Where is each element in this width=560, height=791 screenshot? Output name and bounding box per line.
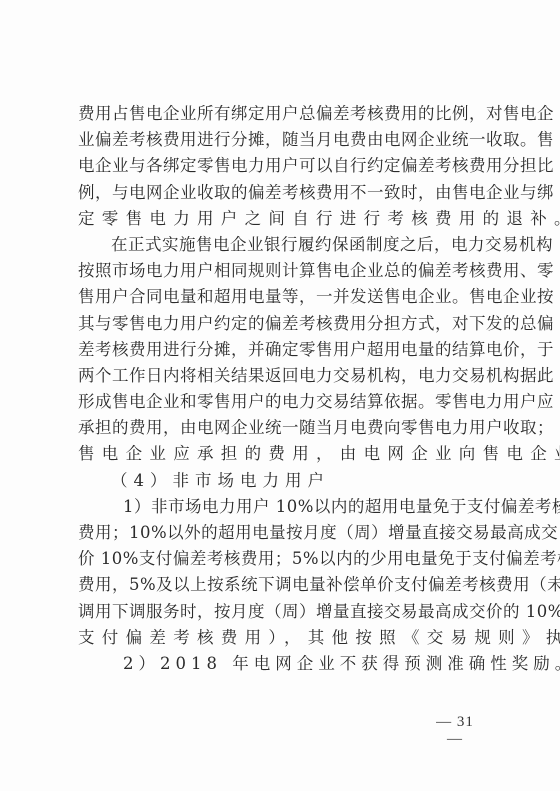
paragraph-continuation: 费用占售电企业所有绑定用户总偏差考核费用的比例，对售电企 业偏差考核费用进行分摊…	[78, 101, 494, 232]
text-line: 承担的费用，由电网企业统一随当月电费向零售电力用户收取；	[78, 415, 494, 441]
text-line: 价 10%支付偏差考核费用；5%以内的少用电量免于支付偏差考核	[78, 546, 494, 572]
text-line: 支付偏差考核费用），其他按照《交易规则》执行。	[78, 625, 494, 651]
text-line: 业偏差考核费用进行分摊，随当月电费由电网企业统一收取。售	[78, 127, 494, 153]
text-line: 调用下调服务时，按月度（周）增量直接交易最高成交价的 10%	[78, 599, 494, 625]
text-line: 差考核费用进行分摊，并确定零售用户超用电量的结算电价，于	[78, 337, 494, 363]
paragraph-bank-guarantee: 在正式实施售电企业银行履约保函制度之后，电力交易机构 按照市场电力用户相同规则计…	[78, 232, 494, 468]
page-number: — 31 —	[428, 714, 482, 748]
text-line: 例，与电网企业收取的偏差考核费用不一致时，由售电企业与绑	[78, 180, 494, 206]
text-line: 两个工作日内将相关结果返回电力交易机构，电力交易机构据此	[78, 363, 494, 389]
text-line: 售用户合同电量和超用电量等，一并发送售电企业。售电企业按	[78, 284, 494, 310]
text-line: 在正式实施售电企业银行履约保函制度之后，电力交易机构	[78, 232, 494, 258]
text-line: 其与零售电力用户约定的偏差考核费用分担方式，对下发的总偏	[78, 311, 494, 337]
document-body: 费用占售电企业所有绑定用户总偏差考核费用的比例，对售电企 业偏差考核费用进行分摊…	[78, 101, 494, 677]
text-line: 电企业与各绑定零售电力用户可以自行约定偏差考核费用分担比	[78, 153, 494, 179]
section-heading: （4）非市场电力用户	[78, 468, 494, 494]
text-line: 2）2018 年电网企业不获得预测准确性奖励。	[78, 651, 494, 677]
text-line: 形成售电企业和零售用户的电力交易结算依据。零售电力用户应	[78, 389, 494, 415]
text-line: 1）非市场电力用户 10%以内的超用电量免于支付偏差考核	[78, 494, 494, 520]
text-line: 定零售电力用户之间自行进行考核费用的退补。	[78, 206, 494, 232]
text-line: 费用，5%及以上按系统下调电量补偿单价支付偏差考核费用（未	[78, 572, 494, 598]
document-page: 费用占售电企业所有绑定用户总偏差考核费用的比例，对售电企 业偏差考核费用进行分摊…	[0, 0, 560, 791]
list-item-2: 2）2018 年电网企业不获得预测准确性奖励。	[78, 651, 494, 677]
list-item-1: 1）非市场电力用户 10%以内的超用电量免于支付偏差考核 费用；10%以外的超用…	[78, 494, 494, 651]
text-line: 按照市场电力用户相同规则计算售电企业总的偏差考核费用、零	[78, 258, 494, 284]
section-heading-non-market-users: （4）非市场电力用户	[78, 468, 494, 494]
text-line: 费用占售电企业所有绑定用户总偏差考核费用的比例，对售电企	[78, 101, 494, 127]
text-line: 费用；10%以外的超用电量按月度（周）增量直接交易最高成交	[78, 520, 494, 546]
text-line: 售电企业应承担的费用，由电网企业向售电企业收取。	[78, 441, 494, 467]
